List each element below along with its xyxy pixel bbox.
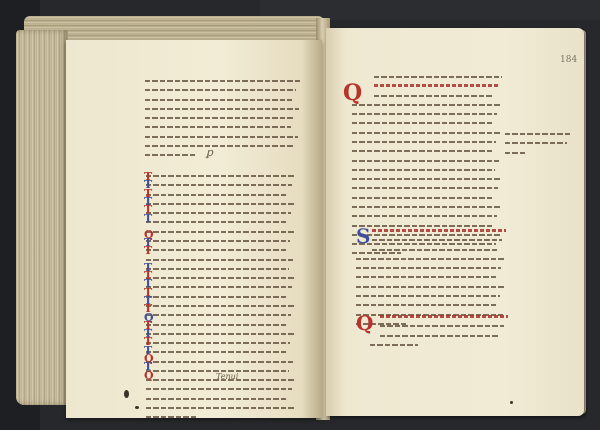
text-line bbox=[370, 322, 510, 330]
text-line bbox=[146, 172, 306, 180]
text-line bbox=[146, 404, 306, 412]
text-line bbox=[352, 129, 507, 137]
text-line bbox=[145, 142, 305, 150]
text-line bbox=[352, 110, 507, 118]
text-line bbox=[352, 212, 507, 220]
text-line bbox=[146, 413, 306, 421]
text-line bbox=[505, 139, 575, 147]
text-line bbox=[352, 157, 507, 165]
margin-note bbox=[505, 130, 575, 158]
text-line bbox=[146, 237, 306, 245]
text-line bbox=[145, 77, 305, 85]
text-line bbox=[352, 203, 507, 211]
text-line bbox=[356, 273, 508, 281]
text-line bbox=[505, 130, 575, 138]
text-line bbox=[356, 227, 508, 235]
text-line bbox=[146, 274, 306, 282]
text-line bbox=[146, 358, 306, 366]
text-line bbox=[370, 332, 510, 340]
text-line bbox=[146, 339, 306, 347]
text-line bbox=[146, 218, 306, 226]
text-line bbox=[146, 191, 306, 199]
text-line bbox=[146, 200, 306, 208]
text-line bbox=[352, 166, 507, 174]
text-line bbox=[146, 321, 306, 329]
text-line bbox=[356, 236, 508, 244]
left-upper-text-block bbox=[145, 77, 305, 161]
text-line bbox=[146, 395, 306, 403]
text-line bbox=[505, 149, 575, 157]
catchword: Tenui bbox=[216, 372, 238, 381]
ink-spot-right bbox=[510, 401, 513, 404]
text-line bbox=[146, 228, 306, 236]
text-line bbox=[146, 348, 306, 356]
text-line bbox=[352, 138, 507, 146]
list-initial: Q bbox=[144, 371, 154, 380]
text-line bbox=[356, 264, 508, 272]
text-line bbox=[146, 302, 306, 310]
text-line bbox=[352, 194, 507, 202]
text-line bbox=[146, 265, 306, 273]
text-line bbox=[352, 184, 507, 192]
text-line bbox=[145, 133, 305, 141]
text-line bbox=[146, 256, 306, 264]
list-initial: T bbox=[144, 246, 152, 255]
text-line bbox=[356, 255, 508, 263]
text-line bbox=[356, 246, 508, 254]
text-line bbox=[146, 293, 306, 301]
text-line bbox=[352, 82, 507, 90]
text-line bbox=[352, 175, 507, 183]
text-line bbox=[370, 341, 510, 349]
left-list-block: TTTTTTQTTTTTTTTQTTTTQTQ bbox=[146, 172, 306, 423]
text-line bbox=[370, 313, 510, 321]
text-line bbox=[352, 92, 507, 100]
text-line bbox=[356, 292, 508, 300]
book-fore-edge bbox=[16, 30, 68, 405]
text-line bbox=[145, 123, 305, 131]
text-line bbox=[145, 96, 305, 104]
text-line bbox=[352, 101, 507, 109]
ink-spot bbox=[135, 406, 139, 409]
text-line bbox=[145, 151, 305, 159]
text-line bbox=[352, 147, 507, 155]
text-line bbox=[356, 283, 508, 291]
ink-blot bbox=[124, 390, 129, 398]
text-line bbox=[145, 86, 305, 94]
text-line bbox=[146, 385, 306, 393]
text-line bbox=[146, 330, 306, 338]
list-initial: T bbox=[144, 214, 152, 223]
text-line bbox=[356, 301, 508, 309]
text-line bbox=[145, 114, 305, 122]
text-line bbox=[146, 246, 306, 254]
text-line bbox=[146, 181, 306, 189]
text-line bbox=[146, 311, 306, 319]
separator-mark: ꝑ bbox=[206, 146, 213, 159]
text-line bbox=[146, 283, 306, 291]
text-line bbox=[146, 209, 306, 217]
text-line bbox=[352, 73, 507, 81]
text-line bbox=[145, 105, 305, 113]
text-line bbox=[352, 119, 507, 127]
right-paragraph-3 bbox=[370, 313, 510, 350]
folio-number: 184 bbox=[560, 55, 577, 65]
